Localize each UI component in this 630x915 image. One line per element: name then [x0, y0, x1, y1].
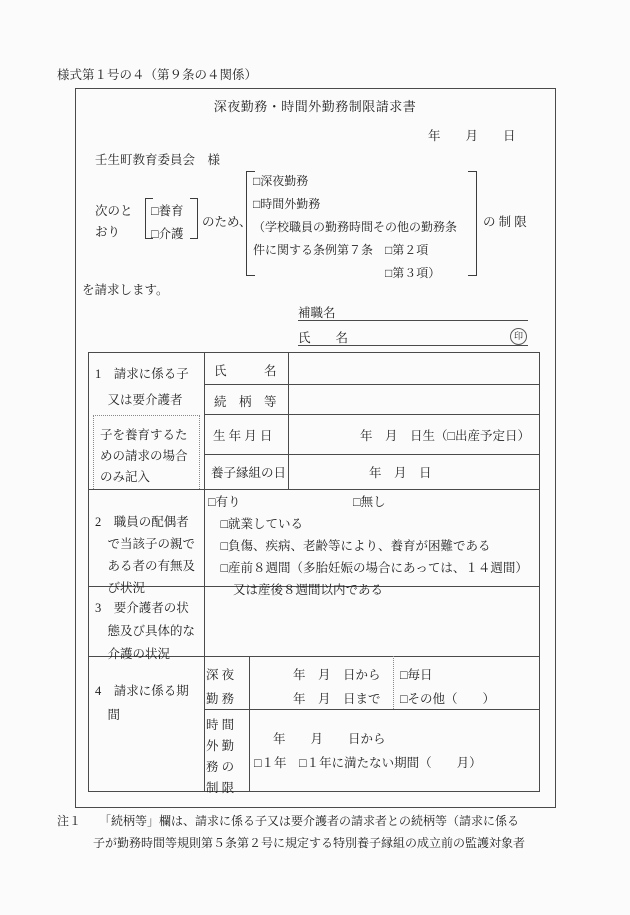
form-title: 深夜勤務・時間外勤務制限請求書: [75, 97, 555, 116]
table-column-divider: [249, 656, 250, 791]
intro-closing-text: を請求します。: [82, 281, 169, 300]
restriction-checkbox-group: □深夜勤務 □時間外勤務 （学校職員の勤務時間その他の勤務条 件に関する条例第７…: [253, 170, 457, 285]
addressee: 壬生町教育委員会 様: [95, 151, 220, 170]
table-row-divider: [89, 489, 539, 490]
position-name-label: 補職名: [298, 306, 336, 320]
table-row-divider: [204, 454, 539, 455]
row1-entry-note: 子を養育するた めの請求の場合 のみ記入: [100, 425, 188, 488]
overtime-checkbox-group: □１年 □１年に満たない期間（ 月）: [254, 754, 482, 773]
adoption-date-value: 年 月 日: [369, 464, 432, 483]
birthdate-value: 年 月 日生（□出産予定日）: [360, 427, 530, 446]
table-column-divider: [288, 353, 289, 489]
row2-checkbox-group: □有り □無し □就業している □負傷、疾病、老齢等により、養育が困難である □…: [208, 491, 528, 601]
position-name-field: 補職名: [298, 304, 528, 321]
late-night-period-value: 年 月 日から 年 月 日まで: [293, 663, 381, 711]
table-row-divider: [204, 384, 539, 385]
dotted-column-divider: [393, 656, 394, 709]
form-code: 様式第１号の４（第９条の４関係）: [57, 66, 257, 85]
adoption-date-field-label: 養子縁組の日: [211, 464, 286, 483]
reason-checkbox-group: □養育 □介護: [151, 200, 184, 246]
form-document-page: 様式第１号の４（第９条の４関係） 深夜勤務・時間外勤務制限請求書 年 月 日 壬…: [0, 0, 630, 915]
date-line: 年 月 日: [428, 127, 516, 146]
name-label: 氏 名: [298, 331, 348, 345]
seal-mark-icon: 印: [510, 328, 527, 345]
footnote: 注１ 「続柄等」欄は、請求に係る子又は要介護者の請求者との続柄等（請求に係る 子…: [57, 810, 525, 854]
birthdate-field-label: 生 年 月 日: [213, 427, 272, 446]
bracket-close-shape: [468, 171, 477, 276]
table-column-divider: [204, 353, 205, 791]
bracket-close-shape: [190, 198, 198, 239]
overtime-limit-sublabel: 時 間 外 勤 務 の 制 限: [206, 715, 234, 799]
late-night-checkbox-group: □毎日 □その他（ ）: [400, 663, 495, 711]
intro-tail-text: の 制 限: [483, 213, 527, 232]
overtime-period-value: 年 月 日から: [273, 730, 386, 749]
row4-item-label: 4 請求に係る期 間: [95, 679, 189, 727]
form-table: 1 請求に係る子 又は要介護者 子を養育するた めの請求の場合 のみ記入 氏 名…: [88, 352, 540, 792]
row1-item-label: 1 請求に係る子 又は要介護者: [95, 361, 189, 413]
name-field-label: 氏 名: [214, 362, 277, 381]
late-night-work-sublabel: 深 夜 勤 務: [206, 663, 234, 711]
row3-item-label: 3 要介護者の状 態及び具体的な 介護の状況: [95, 597, 195, 666]
intro-lead-text: 次のと おり: [95, 201, 133, 243]
table-row-divider: [204, 414, 539, 415]
relation-field-label: 続 柄 等: [214, 393, 277, 412]
name-field: 氏 名印: [298, 329, 528, 346]
intro-connector-text: のため、: [202, 213, 252, 232]
row2-item-label: 2 職員の配偶者 で当該子の親で ある者の有無及 び状況: [95, 511, 195, 599]
